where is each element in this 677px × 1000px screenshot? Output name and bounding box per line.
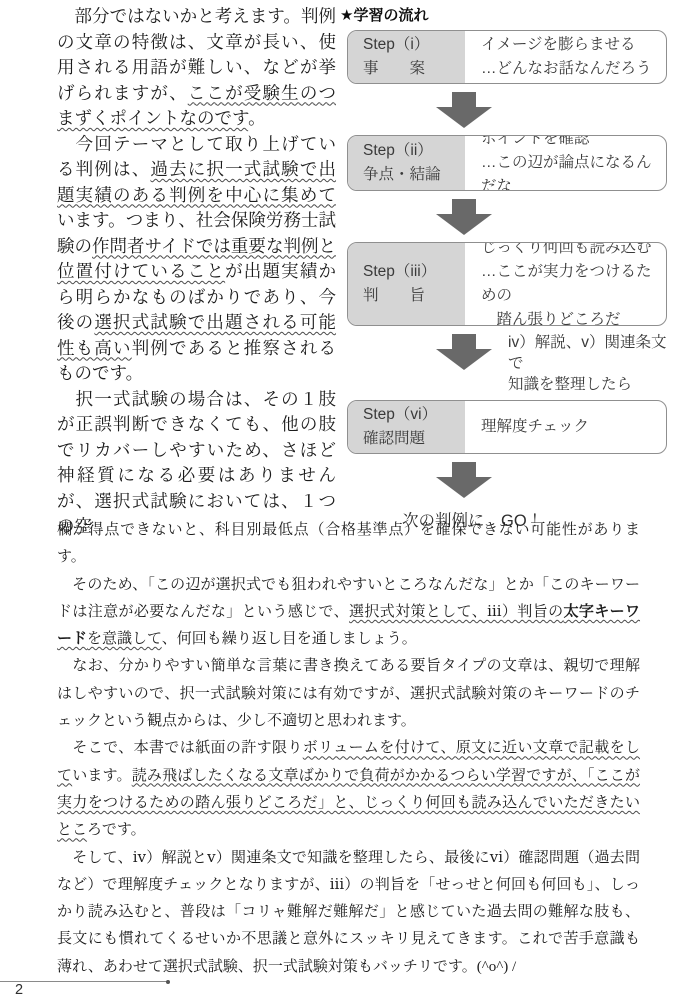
- arrow-note: iv）解説、v）関連条文で 知識を整理したら: [508, 332, 677, 395]
- step-name: 判 旨: [363, 284, 465, 308]
- step-number: Step（ii）: [363, 139, 465, 163]
- step-name: 争点・結論: [363, 163, 465, 187]
- flow-step-2-label: Step（ii） 争点・結論: [348, 136, 465, 190]
- paragraph: 部分ではないかと考えます。判例の文章の特徴は、文章が長い、使用される用語が難しい…: [57, 4, 336, 132]
- down-arrow-icon: [436, 92, 492, 128]
- flow-step-4-box: Step（vi） 確認問題 理解度チェック: [347, 400, 667, 454]
- step-number: Step（iii）: [363, 260, 465, 284]
- paragraph: 今回テーマとして取り上げている判例は、過去に択一式試験で出題実績のある判例を中心…: [57, 132, 336, 387]
- flow-step-1-label: Step（i） 事 案: [348, 31, 465, 83]
- page-number: 2: [15, 982, 23, 998]
- step-number: Step（i）: [363, 33, 465, 57]
- flowchart-title: ★学習の流れ: [340, 4, 677, 25]
- paragraph: そこで、本書では紙面の許す限りボリュームを付けて、原文に近い文章で記載をしていま…: [57, 735, 640, 844]
- flow-step-1-description: イメージを膨らませる …どんなお話なんだろう: [465, 31, 666, 83]
- flow-step-4-label: Step（vi） 確認問題: [348, 401, 465, 453]
- paragraph: そのため、「この辺が選択式でも狙われやすいところなんだな」とか「このキーワードは…: [57, 572, 640, 654]
- flow-step-3-description: じっくり何回も読み込む …ここが実力をつけるための 踏ん張りどころだ: [465, 243, 666, 325]
- down-arrow-icon: [436, 199, 492, 235]
- down-arrow-icon: [436, 462, 492, 498]
- step-name: 確認問題: [363, 427, 465, 451]
- left-text-column: 部分ではないかと考えます。判例の文章の特徴は、文章が長い、使用される用語が難しい…: [57, 4, 336, 512]
- paragraph: そして、ⅳ）解説とⅴ）関連条文で知識を整理したら、最後にⅵ）確認問題（過去問など…: [57, 845, 640, 981]
- flow-step-3-box: Step（iii） 判 旨 じっくり何回も読み込む …ここが実力をつけるための …: [347, 242, 667, 326]
- flow-step-3-label: Step（iii） 判 旨: [348, 243, 465, 325]
- bottom-text-section: 欄が得点できないと、科目別最低点（合格基準点）を確保できない可能性があります。 …: [0, 512, 677, 981]
- flow-step-1-box: Step（i） 事 案 イメージを膨らませる …どんなお話なんだろう: [347, 30, 667, 84]
- step-name: 事 案: [363, 57, 465, 81]
- learning-flowchart: ★学習の流れ Step（i） 事 案 イメージを膨らませる …どんなお話なんだろ…: [340, 4, 677, 512]
- paragraph: 欄が得点できないと、科目別最低点（合格基準点）を確保できない可能性があります。: [57, 517, 640, 572]
- flow-step-4-description: 理解度チェック: [465, 401, 666, 453]
- paragraph: なお、分かりやすい簡単な言葉に書き換えてある要旨タイプの文章は、親切で理解はしや…: [57, 653, 640, 735]
- flow-step-2-box: Step（ii） 争点・結論 ポイントを確認 …この辺が論点になるんだな: [347, 135, 667, 191]
- flow-step-2-description: ポイントを確認 …この辺が論点になるんだな: [465, 136, 666, 190]
- two-column-area: 部分ではないかと考えます。判例の文章の特徴は、文章が長い、使用される用語が難しい…: [0, 0, 677, 512]
- down-arrow-icon: [436, 334, 492, 370]
- step-number: Step（vi）: [363, 403, 465, 427]
- arrow-with-note: iv）解説、v）関連条文で 知識を整理したら: [340, 332, 677, 395]
- footer-rule: [0, 981, 167, 982]
